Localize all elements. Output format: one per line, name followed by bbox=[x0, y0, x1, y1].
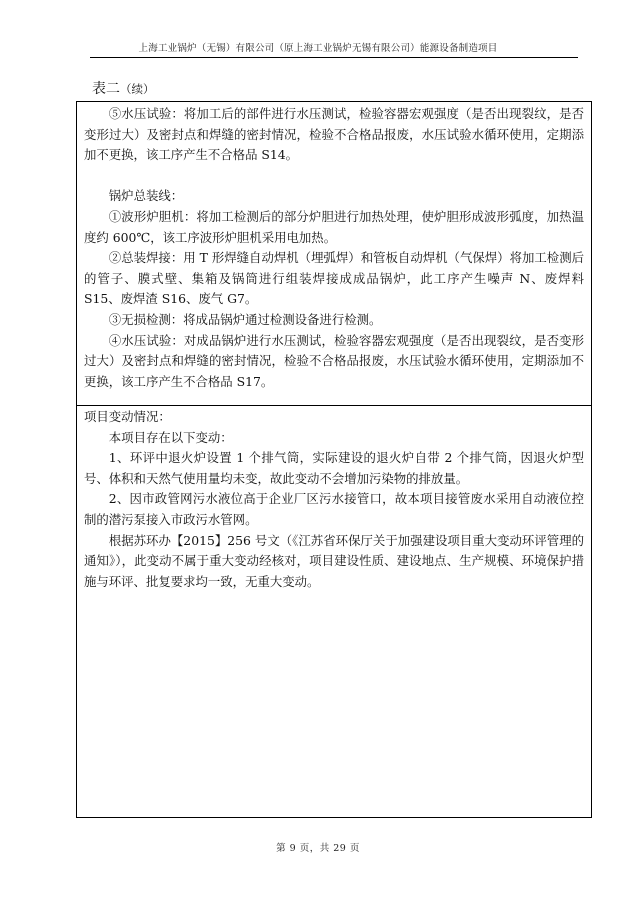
project-changes-conclusion: 根据苏环办【2015】256 号文（《江苏省环保厅关于加强建设项目重大变动环评管… bbox=[77, 531, 591, 593]
project-changes-intro: 本项目存在以下变动： bbox=[77, 428, 591, 449]
table-caption-main: 表二 bbox=[92, 81, 120, 97]
project-changes-cell: 项目变动情况： 本项目存在以下变动： 1、环评中退火炉设置 1 个排气筒，实际建… bbox=[77, 406, 591, 817]
process-paragraph-hydro-test-boiler: ④水压试验：对成品锅炉进行水压测试，检验容器宏观强度（是否出现裂纹，是否变形过大… bbox=[77, 331, 591, 393]
process-paragraph-hydro-test-parts: ⑤水压试验：将加工后的部件进行水压测试，检验容器宏观强度（是否出现裂纹，是否变形… bbox=[77, 104, 591, 166]
process-description-cell: ⑤水压试验：将加工后的部件进行水压测试，检验容器宏观强度（是否出现裂纹，是否变形… bbox=[77, 102, 591, 406]
paragraph-spacer bbox=[77, 166, 591, 187]
page-number: 第 9 页，共 29 页 bbox=[0, 840, 636, 854]
process-paragraph-corrugated-furnace: ①波形炉胆机：将加工检测后的部分炉胆进行加热处理，使炉胆形成波形弧度，加热温度约… bbox=[77, 207, 591, 248]
project-change-item-1: 1、环评中退火炉设置 1 个排气筒，实际建设的退火炉自带 2 个排气筒，因退火炉… bbox=[77, 448, 591, 489]
content-table: ⑤水压试验：将加工后的部件进行水压测试，检验容器宏观强度（是否出现裂纹，是否变形… bbox=[76, 101, 592, 818]
process-subheading-assembly-line: 锅炉总装线： bbox=[77, 186, 591, 207]
header-divider bbox=[90, 57, 578, 58]
document-header-title: 上海工业锅炉（无锡）有限公司（原上海工业锅炉无锡有限公司）能源设备制造项目 bbox=[0, 40, 636, 54]
project-changes-heading: 项目变动情况： bbox=[77, 407, 591, 428]
process-paragraph-assembly-welding: ②总装焊接：用 T 形焊缝自动焊机（埋弧焊）和管板自动焊机（气保焊）将加工检测后… bbox=[77, 248, 591, 310]
table-caption-sub: （续） bbox=[120, 82, 155, 96]
process-paragraph-nondestructive-test: ③无损检测：将成品锅炉通过检测设备进行检测。 bbox=[77, 310, 591, 331]
project-change-item-2: 2、因市政管网污水液位高于企业厂区污水接管口，故本项目接管废水采用自动液位控制的… bbox=[77, 489, 591, 530]
table-caption: 表二（续） bbox=[92, 78, 155, 98]
